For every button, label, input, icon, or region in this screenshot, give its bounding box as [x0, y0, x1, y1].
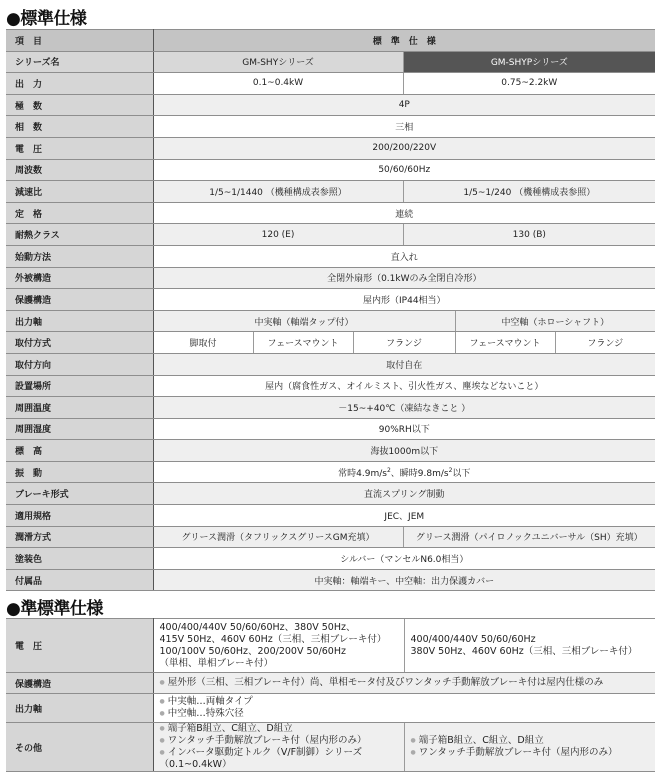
row-label: 始動方法 [6, 245, 153, 267]
row-label: 振 動 [6, 461, 153, 483]
row-label: 保護構造 [6, 673, 153, 694]
row-label: 周囲温度 [6, 397, 153, 419]
location-value: 屋内（腐食性ガス、オイルミスト、引火性ガス、塵埃などないこと） [153, 375, 655, 397]
table-row-poles: 極 数 4P [6, 94, 655, 116]
row-label: 項 目 [6, 30, 153, 52]
output-shaft-value: 中実軸…両軸タイプ 中空軸…特殊穴径 [153, 694, 655, 723]
row-label: 出力軸 [6, 694, 153, 723]
table-row-phase: 相 数 三相 [6, 116, 655, 138]
mounting-flange-solid: フランジ [353, 332, 455, 354]
bullet-item: 端子箱B組立、C組立、D組立 [411, 735, 652, 747]
series-shy: GM-SHYシリーズ [153, 51, 403, 73]
row-label: 保護構造 [6, 289, 153, 311]
voltage-shyp: 400/400/440V 50/60/60Hz 380V 50Hz、460V 6… [404, 619, 655, 673]
table-row-ambient-humidity: 周囲湿度 90%RH以下 [6, 418, 655, 440]
table-row-protection: 保護構造 屋内形（IP44相当） [6, 289, 655, 311]
enclosure-value: 全閉外扇形（0.1kWのみ全閉自冷形） [153, 267, 655, 289]
mounting-foot: 脚取付 [153, 332, 253, 354]
row-label: 相 数 [6, 116, 153, 138]
table-row-paint: 塗装色 シルバー（マンセルN6.0相当） [6, 548, 655, 570]
ambient-humidity-value: 90%RH以下 [153, 418, 655, 440]
row-label: 出力軸 [6, 310, 153, 332]
series-shyp: GM-SHYPシリーズ [403, 51, 655, 73]
table-row-frequency: 周波数 50/60/60Hz [6, 159, 655, 181]
bullet-item: ワンタッチ手動解放ブレーキ付（屋内形のみ） [411, 747, 652, 759]
row-label: 適用規格 [6, 505, 153, 527]
start-method-value: 直入れ [153, 245, 655, 267]
bullet-item: 中実軸…両軸タイプ [160, 696, 652, 708]
row-label: 潤滑方式 [6, 526, 153, 548]
row-label: 取付方式 [6, 332, 153, 354]
table-row-output-shaft: 出力軸 中実軸…両軸タイプ 中空軸…特殊穴径 [6, 694, 655, 723]
row-label: その他 [6, 723, 153, 772]
text-line: 415V 50Hz、460V 60Hz（三相、三相ブレーキ付） [160, 634, 400, 646]
table-row-altitude: 標 高 海抜1000m以下 [6, 440, 655, 462]
brake-value: 直流スプリング制動 [153, 483, 655, 505]
row-label: 標 高 [6, 440, 153, 462]
row-label: 塗装色 [6, 548, 153, 570]
output-shaft-hollow: 中空軸（ホローシャフト） [455, 310, 655, 332]
table-row-enclosure: 外被構造 全閉外扇形（0.1kWのみ全閉自冷形） [6, 267, 655, 289]
mounting-face-solid: フェースマウント [253, 332, 353, 354]
row-label: 外被構造 [6, 267, 153, 289]
protection-value: 屋外形（三相、三相ブレーキ付）尚、単相モータ付及びワンタッチ手動解放ブレーキ付は… [153, 673, 655, 694]
row-label: シリーズ名 [6, 51, 153, 73]
mounting-flange-hollow: フランジ [555, 332, 655, 354]
other-shyp: 端子箱B組立、C組立、D組立 ワンタッチ手動解放ブレーキ付（屋内形のみ） [404, 723, 655, 772]
table-row-rating: 定 格 連続 [6, 202, 655, 224]
table-row-brake: ブレーキ形式 直流スプリング制動 [6, 483, 655, 505]
row-label: ブレーキ形式 [6, 483, 153, 505]
vibration-value: 常時4.9m/s2、瞬時9.8m/s2以下 [153, 461, 655, 483]
bullet-item: 中空軸…特殊穴径 [160, 708, 652, 720]
table-row-output-shaft: 出力軸 中実軸（軸端タップ付） 中空軸（ホローシャフト） [6, 310, 655, 332]
row-label: 定 格 [6, 202, 153, 224]
row-label: 周囲湿度 [6, 418, 153, 440]
other-shy: 端子箱B組立、C組立、D組立 ワンタッチ手動解放ブレーキ付（屋内形のみ） インバ… [153, 723, 404, 772]
heat-class-shyp: 130 (B) [403, 224, 655, 246]
standard-spec-title: ●標準仕様 [6, 4, 86, 29]
row-label: 減速比 [6, 181, 153, 203]
paint-value: シルバー（マンセルN6.0相当） [153, 548, 655, 570]
table-row-mount-direction: 取付方向 取付自在 [6, 353, 655, 375]
standard-spec-table: 項 目 標 準 仕 様 シリーズ名 GM-SHYシリーズ GM-SHYPシリーズ… [6, 29, 655, 591]
bullet-item: 端子箱B組立、C組立、D組立 [160, 723, 400, 735]
table-row-mounting: 取付方式 脚取付 フェースマウント フランジ フェースマウント フランジ [6, 332, 655, 354]
semi-standard-spec-title: ●準標準仕様 [6, 594, 103, 619]
text-line: 380V 50Hz、460V 60Hz（三相、三相ブレーキ付） [411, 646, 652, 658]
bullet-item: ワンタッチ手動解放ブレーキ付（屋内形のみ） [160, 735, 400, 747]
row-label: 周波数 [6, 159, 153, 181]
vibration-instant: 、瞬時9.8m/s [391, 469, 449, 479]
poles-value: 4P [153, 94, 655, 116]
table-row-series: シリーズ名 GM-SHYシリーズ GM-SHYPシリーズ [6, 51, 655, 73]
text-line: 400/400/440V 50/60/60Hz [411, 634, 652, 646]
ambient-temp-value: －15~+40℃（凍結なきこと ） [153, 397, 655, 419]
table-row-header: 項 目 標 準 仕 様 [6, 30, 655, 52]
table-row-vibration: 振 動 常時4.9m/s2、瞬時9.8m/s2以下 [6, 461, 655, 483]
protection-value: 屋内形（IP44相当） [153, 289, 655, 311]
table-row-location: 設置場所 屋内（腐食性ガス、オイルミスト、引火性ガス、塵埃などないこと） [6, 375, 655, 397]
voltage-value: 200/200/220V [153, 137, 655, 159]
bullet-item: 屋外形（三相、三相ブレーキ付）尚、単相モータ付及びワンタッチ手動解放ブレーキ付は… [160, 677, 652, 689]
voltage-shy: 400/400/440V 50/60/60Hz、380V 50Hz、 415V … [153, 619, 404, 673]
table-row-ratio: 減速比 1/5~1/1440 （機種構成表参照） 1/5~1/240 （機種構成… [6, 181, 655, 203]
row-label: 設置場所 [6, 375, 153, 397]
row-label: 電 圧 [6, 137, 153, 159]
frequency-value: 50/60/60Hz [153, 159, 655, 181]
row-label: 極 数 [6, 94, 153, 116]
bullet-item: インバータ駆動定トルク（V/F制御）シリーズ（0.1~0.4kW） [160, 747, 400, 771]
table-row-start-method: 始動方法 直入れ [6, 245, 655, 267]
text-line: 400/400/440V 50/60/60Hz、380V 50Hz、 [160, 622, 400, 634]
lubrication-shyp: グリース潤滑（パイロノックユニバーサル（SH）充填） [403, 526, 655, 548]
text-line: （単相、単相ブレーキ付） [160, 658, 400, 670]
row-label: 耐熱クラス [6, 224, 153, 246]
table-row-ambient-temp: 周囲温度 －15~+40℃（凍結なきこと ） [6, 397, 655, 419]
table-row-lubrication: 潤滑方式 グリース潤滑（タフリックスグリースGM充填） グリース潤滑（パイロノッ… [6, 526, 655, 548]
accessories-value: 中実軸：軸端キー、中空軸：出力保護カバー [153, 569, 655, 591]
altitude-value: 海抜1000m以下 [153, 440, 655, 462]
row-label: 電 圧 [6, 619, 153, 673]
table-row-accessories: 付属品 中実軸：軸端キー、中空軸：出力保護カバー [6, 569, 655, 591]
table-row-standards: 適用規格 JEC、JEM [6, 505, 655, 527]
table-row-output: 出 力 0.1~0.4kW 0.75~2.2kW [6, 73, 655, 95]
header-value: 標 準 仕 様 [153, 30, 655, 52]
table-row-other: その他 端子箱B組立、C組立、D組立 ワンタッチ手動解放ブレーキ付（屋内形のみ）… [6, 723, 655, 772]
row-label: 取付方向 [6, 353, 153, 375]
phase-value: 三相 [153, 116, 655, 138]
ratio-shyp: 1/5~1/240 （機種構成表参照） [403, 181, 655, 203]
output-shaft-solid: 中実軸（軸端タップ付） [153, 310, 455, 332]
vibration-suffix: 以下 [452, 469, 470, 479]
table-row-voltage: 電 圧 400/400/440V 50/60/60Hz、380V 50Hz、 4… [6, 619, 655, 673]
semi-standard-spec-table: 電 圧 400/400/440V 50/60/60Hz、380V 50Hz、 4… [6, 618, 655, 772]
text-line: 100/100V 50/60Hz、200/200V 50/60Hz [160, 646, 400, 658]
vibration-steady: 常時4.9m/s [338, 469, 387, 479]
ratio-shy: 1/5~1/1440 （機種構成表参照） [153, 181, 403, 203]
row-label: 付属品 [6, 569, 153, 591]
mount-direction-value: 取付自在 [153, 353, 655, 375]
output-shy: 0.1~0.4kW [153, 73, 403, 95]
output-shyp: 0.75~2.2kW [403, 73, 655, 95]
table-row-protection: 保護構造 屋外形（三相、三相ブレーキ付）尚、単相モータ付及びワンタッチ手動解放ブ… [6, 673, 655, 694]
table-row-voltage: 電 圧 200/200/220V [6, 137, 655, 159]
rating-value: 連続 [153, 202, 655, 224]
row-label: 出 力 [6, 73, 153, 95]
table-row-heat-class: 耐熱クラス 120 (E) 130 (B) [6, 224, 655, 246]
heat-class-shy: 120 (E) [153, 224, 403, 246]
lubrication-shy: グリース潤滑（タフリックスグリースGM充填） [153, 526, 403, 548]
standards-value: JEC、JEM [153, 505, 655, 527]
mounting-face-hollow: フェースマウント [455, 332, 555, 354]
